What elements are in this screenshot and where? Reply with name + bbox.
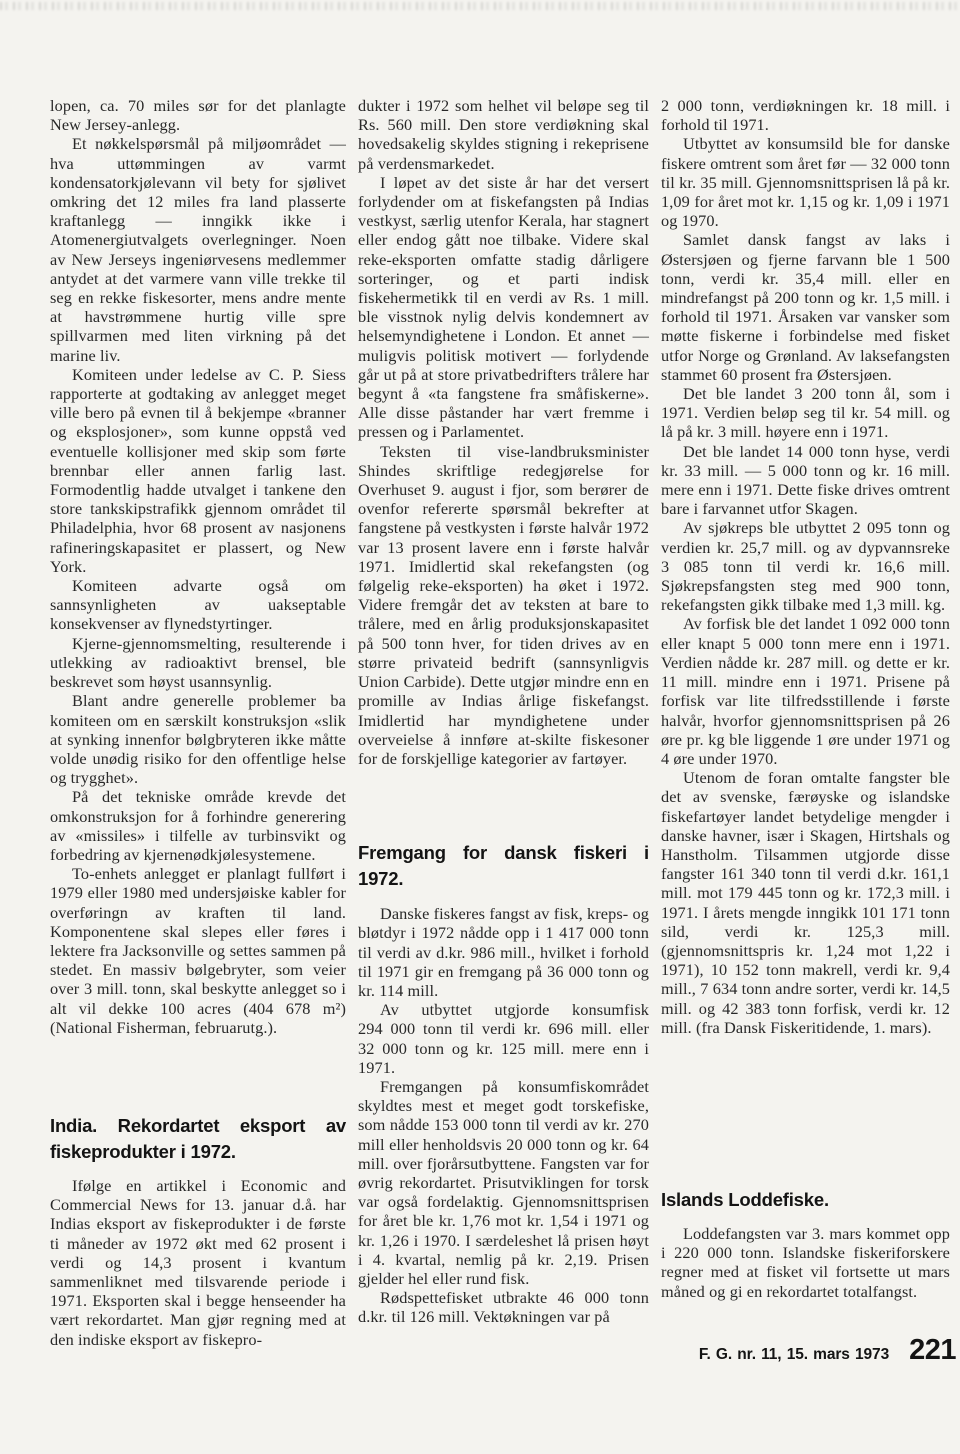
page-footer: F. G. nr. 11, 15. mars 1973 221 bbox=[699, 1334, 956, 1367]
page-number: 221 bbox=[909, 1334, 956, 1367]
paragraph: Komiteen under ledelse av C. P. Siess ra… bbox=[50, 365, 346, 576]
paragraph: Ifølge en artikkel i Economic and Commer… bbox=[50, 1176, 346, 1349]
paragraph: Loddefangsten var 3. mars kommet opp i 2… bbox=[661, 1224, 950, 1301]
column-1: lopen, ca. 70 miles sør for det planlagt… bbox=[50, 96, 346, 1349]
paragraph: Fremgangen på konsumfiskområdet skyldtes… bbox=[358, 1077, 649, 1288]
paragraph: Det ble landet 3 200 tonn ål, som i 1971… bbox=[661, 384, 950, 442]
paragraph: Blant andre generelle problemer ba komit… bbox=[50, 691, 346, 787]
paragraph: Danske fiskeres fangst av fisk, kreps- o… bbox=[358, 904, 649, 1000]
paragraph: Utbyttet av konsumsild ble for danske fi… bbox=[661, 134, 950, 230]
paragraph: Komiteen advarte også om sannsynligheten… bbox=[50, 576, 346, 634]
paragraph: Av sjøkreps ble utbyttet 2 095 tonn og v… bbox=[661, 518, 950, 614]
paragraph: Samlet dansk fangst av laks i Østersjøen… bbox=[661, 230, 950, 384]
article-heading-islands-loddefiske: Islands Loddefiske. bbox=[661, 1187, 950, 1213]
paragraph: Et nøkkelspørsmål på miljøområdet — hva … bbox=[50, 134, 346, 364]
paragraph: På det tekniske område krevde det omkons… bbox=[50, 787, 346, 864]
paragraph: To-enhets anlegget er planlagt fullført … bbox=[50, 864, 346, 1037]
paragraph: 2 000 tonn, verdiøkningen kr. 18 mill. i… bbox=[661, 96, 950, 134]
paragraph: Av utbyttet utgjorde konsumfisk 294 000 … bbox=[358, 1000, 649, 1077]
paragraph: I løpet av det siste år har det versert … bbox=[358, 173, 649, 442]
article-heading-dansk-fiskeri: Fremgang for dansk fiskeri i 1972. bbox=[358, 840, 649, 892]
scan-artifact-top-band bbox=[0, 2, 960, 10]
paragraph: Kjerne-gjennomsmelting, resulterende i u… bbox=[50, 634, 346, 692]
column-3: 2 000 tonn, verdiøkningen kr. 18 mill. i… bbox=[661, 96, 950, 1301]
paragraph: Rødspettefisket utbrakte 46 000 tonn d.k… bbox=[358, 1288, 649, 1326]
paragraph: dukter i 1972 som helhet vil beløpe seg … bbox=[358, 96, 649, 173]
paragraph: Det ble landet 14 000 tonn hyse, verdi k… bbox=[661, 442, 950, 519]
paragraph: Av forfisk ble det landet 1 092 000 tonn… bbox=[661, 614, 950, 768]
paragraph: Utenom de foran omtalte fangster ble det… bbox=[661, 768, 950, 1037]
paragraph: Teksten til vise-landbruksminister Shind… bbox=[358, 442, 649, 768]
column-2: dukter i 1972 som helhet vil beløpe seg … bbox=[358, 96, 649, 1327]
scanned-journal-page: lopen, ca. 70 miles sør for det planlagt… bbox=[0, 0, 960, 1454]
journal-issue-line: F. G. nr. 11, 15. mars 1973 bbox=[699, 1346, 889, 1364]
paragraph: lopen, ca. 70 miles sør for det planlagt… bbox=[50, 96, 346, 134]
article-heading-india-eksport: India. Rekordartet eksport av fiskeprodu… bbox=[50, 1113, 346, 1165]
